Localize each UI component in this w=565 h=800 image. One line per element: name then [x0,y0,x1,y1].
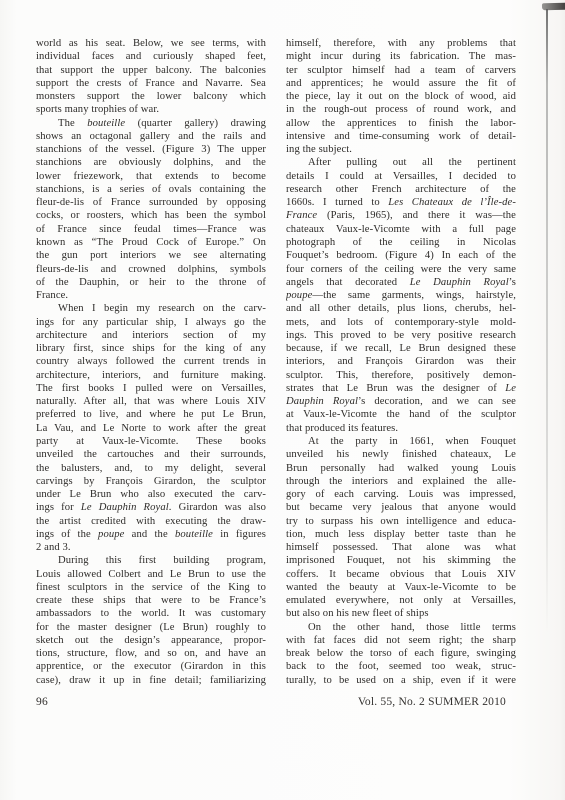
text-line: that support the upper balcony. The balc… [36,64,266,77]
text-line: shows an octagonal gallery and the rails… [36,130,266,143]
text-line: stanchions are obviously dolphins, and t… [36,156,266,169]
text-line: details I could at Versailles, I decided… [286,170,516,183]
right-column: himself, therefore, with any problems th… [286,37,516,687]
text-line: France (Paris, 1965), and there it was—t… [286,209,516,222]
text-line: strates that Le Brun was the designer of… [286,382,516,395]
text-line: architecture, interiors, and furniture m… [36,369,266,382]
text-line: 2 and 3. [36,541,266,554]
text-line: intensive and time-consuming work of det… [286,130,516,143]
text-line: ings of the poupe and the bouteille in f… [36,528,266,541]
text-line: tions, structure, flow, and so on, and h… [36,647,266,660]
text-line: back to the foot, seemed too weak, struc… [286,660,516,673]
text-line: coffers. It became obvious that Louis XI… [286,568,516,581]
text-line: emulated everywhere, not only at Versail… [286,594,516,607]
text-line: ter sculptor himself had a team of carve… [286,64,516,77]
text-line: ings for any particular ship, I always g… [36,316,266,329]
text-line: the balusters, and, to my delight, sever… [36,462,266,475]
text-line: himself, therefore, with any problems th… [286,37,516,50]
text-line: case), draw it up in fine detail; famili… [36,674,266,687]
text-line: library first, since ships for the king … [36,342,266,355]
text-line: turally, to be used on a ship, even if i… [286,674,516,687]
text-line: of France since feudal times—France was [36,223,266,236]
text-line: poupe—the same garments, wings, hairstyl… [286,289,516,302]
text-line: at Vaux-le-Vicomte the hand of the sculp… [286,408,516,421]
text-line: individual faces and curiously shaped fe… [36,50,266,63]
text-line: photograph of the ceiling in Nicolas [286,236,516,249]
text-line: During this first building program, [36,554,266,567]
text-line: unveiled his newly finished chateaux, Le [286,448,516,461]
text-line: Fouquet’s bedroom. (Figure 4) In each of… [286,249,516,262]
text-line: the artist credited with executing the d… [36,515,266,528]
text-line: France. [36,289,266,302]
text-line: but also on his new fleet of ships [286,607,516,620]
text-line: 1660s. I turned to Les Chateaux de l’Île… [286,196,516,209]
text-line: support the crests of France and Navarre… [36,77,266,90]
text-line: The bouteille (quarter gallery) drawing [36,117,266,130]
text-line: On the other hand, those little terms [286,621,516,634]
text-line: that produced its features. [286,422,516,435]
text-line: under Le Brun who also executed the carv… [36,488,266,501]
text-line: research other French architecture of th… [286,183,516,196]
text-line: architecture and interiors section of my [36,329,266,342]
text-line: allow the apprentices to finish the labo… [286,117,516,130]
text-line: La Vau, and Le Norte to work after the g… [36,422,266,435]
text-line: After pulling out all the pertinent [286,156,516,169]
text-line: world as his seat. Below, we see terms, … [36,37,266,50]
two-column-text-block: world as his seat. Below, we see terms, … [36,37,516,687]
text-line: with fat faces did not seem right; the s… [286,634,516,647]
text-line: but became very jealous that anyone woul… [286,501,516,514]
text-line: through the interiors and explained the … [286,475,516,488]
text-line: and apprentices; he would assure the fit… [286,77,516,90]
text-line: The first books I pulled were on Versail… [36,382,266,395]
text-line: stanchions, is a series of ovals contain… [36,183,266,196]
text-line: in the rough-out process of round work, … [286,103,516,116]
text-line: the gun port interiors we see alternatin… [36,249,266,262]
text-line: ings for Le Dauphin Royal. Girardon was … [36,501,266,514]
text-line: gory of each carving. Louis was impresse… [286,488,516,501]
text-line: angels that decorated Le Dauphin Royal’s [286,276,516,289]
text-line: might incur during its fabrication. The … [286,50,516,63]
text-line: break below the torso of each figure, sw… [286,647,516,660]
text-line: naturally. After all, that was where Lou… [36,395,266,408]
text-line: and all other details, plus lions, cheru… [286,302,516,315]
text-line: At the party in 1661, when Fouquet [286,435,516,448]
text-line: because, if we recall, Le Brun designed … [286,342,516,355]
text-line: fleurs-de-lis and crowned dolphins, symb… [36,263,266,276]
page-footer: 96 Vol. 55, No. 2 SUMMER 2010 [36,696,506,708]
text-line: unveiled the cartouches and their surrou… [36,448,266,461]
text-line: ing the subject. [286,143,516,156]
text-line: tion, much less display better taste tha… [286,528,516,541]
text-line: try to surpass his own intelligence and … [286,515,516,528]
scanned-journal-page: world as his seat. Below, we see terms, … [0,0,565,800]
text-line: party at Vaux-le-Vicomte. These books [36,435,266,448]
text-line: for the master designer (Le Brun) roughl… [36,621,266,634]
text-line: When I begin my research on the carv- [36,302,266,315]
left-column: world as his seat. Below, we see terms, … [36,37,266,687]
text-line: chateaux Vaux-le-Vicomte with a full pag… [286,223,516,236]
text-line: known as “The Proud Cock of Europe.” On [36,236,266,249]
text-line: ambassadors to the world. It was customa… [36,607,266,620]
text-line: imprisoned Fouquet, not his skimming the [286,554,516,567]
volume-info: Vol. 55, No. 2 SUMMER 2010 [358,696,506,708]
text-line: wanted the beauty at Vaux-le-Vicomte to … [286,581,516,594]
text-line: the piece, lay it out on the block of wo… [286,90,516,103]
text-line: sculptor. This, therefore, positively de… [286,369,516,382]
page-edge-line [546,9,548,634]
text-line: fleur-de-lis of France surrounded by opp… [36,196,266,209]
text-line: mets, and lots of contemporary-style mol… [286,316,516,329]
text-line: Louis allowed Colbert and Le Brun to use… [36,568,266,581]
text-line: sports many trophies of war. [36,103,266,116]
text-line: cocks, or roosters, which has been the s… [36,209,266,222]
text-line: carvings by François Girardon, the sculp… [36,475,266,488]
text-line: of the Dauphin, or heir to the throne of [36,276,266,289]
text-line: preferred to live, and where he put Le B… [36,408,266,421]
text-line: Brun personally had walked young Louis [286,462,516,475]
text-line: interiors, and François Girardon was the… [286,355,516,368]
text-line: stanchions of the vessel. (Figure 3) The… [36,143,266,156]
page-number: 96 [36,696,48,708]
text-line: country always followed the current tren… [36,355,266,368]
text-line: Dauphin Royal’s decoration, and we can s… [286,395,516,408]
text-line: ings. This proved to be very positive re… [286,329,516,342]
text-line: apprentice, or the executor (Girardon in… [36,660,266,673]
text-line: create these ships that were to be Franc… [36,594,266,607]
text-line: sketch out the design’s appearance, prop… [36,634,266,647]
text-line: monsters support the lower balcony which [36,90,266,103]
text-line: four corners of the ceiling were the ver… [286,263,516,276]
text-line: lower friezework, that extends to become [36,170,266,183]
text-line: himself possessed. That alone was what [286,541,516,554]
text-line: finest sculptors in the service of the K… [36,581,266,594]
